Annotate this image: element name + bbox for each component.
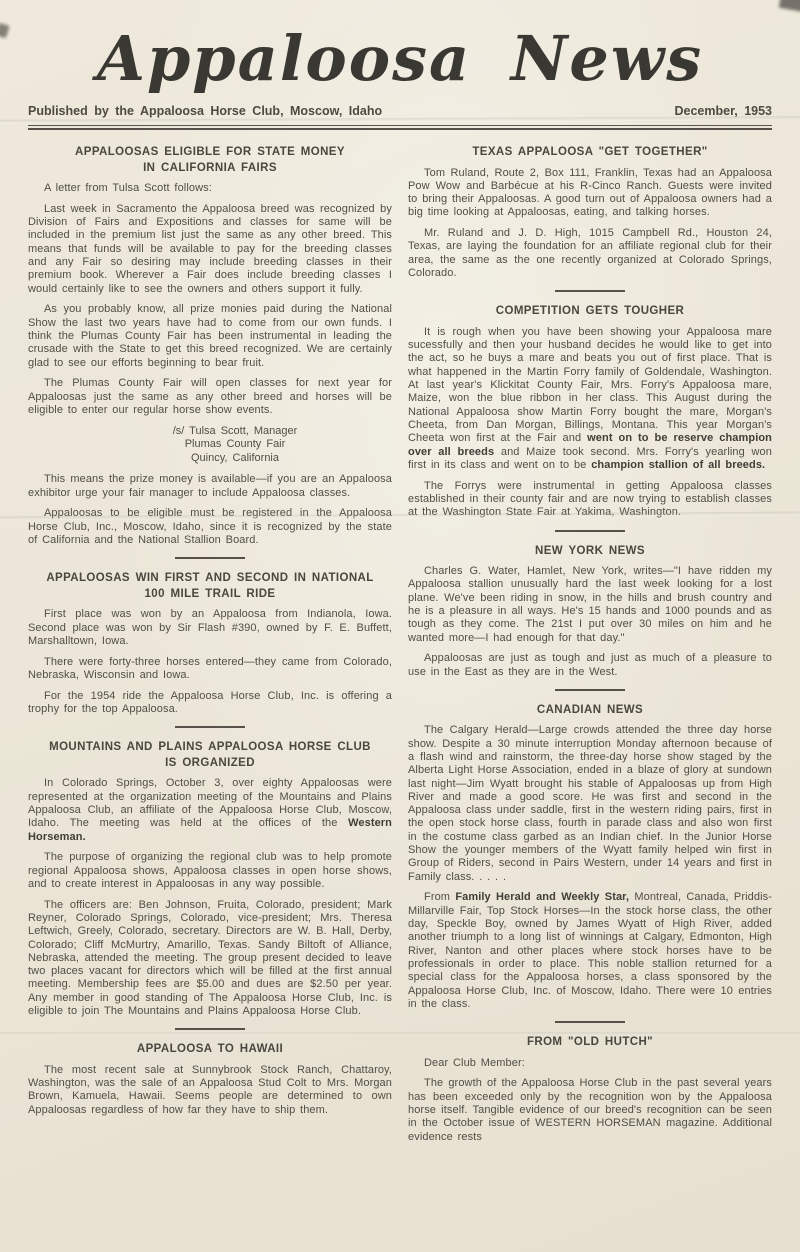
article-paragraph: Dear Club Member: <box>408 1057 772 1070</box>
masthead-title: Appaloosa News <box>28 0 772 92</box>
body-text: From <box>424 891 455 903</box>
section-divider <box>175 557 245 559</box>
body-text: As you probably know, all prize monies p… <box>28 303 392 368</box>
article-paragraph: There were forty-three horses entered—th… <box>28 656 392 683</box>
body-text: Montreal, Canada, Priddis-Millarville Fa… <box>408 891 772 1009</box>
column-layout: APPALOOSAS ELIGIBLE FOR STATE MONEYIN CA… <box>28 138 772 1151</box>
body-text: The officers are: Ben Johnson, Fruita, C… <box>28 899 392 1017</box>
right-column: TEXAS APPALOOSA "GET TOGETHER"Tom Ruland… <box>408 138 772 1151</box>
left-column: APPALOOSAS ELIGIBLE FOR STATE MONEYIN CA… <box>28 138 392 1151</box>
article-paragraph: Appaloosas to be eligible must be regist… <box>28 507 392 547</box>
body-text: The most recent sale at Sunnybrook Stock… <box>28 1064 392 1116</box>
section-divider <box>555 1021 625 1023</box>
article-from-old-hutch: FROM "OLD HUTCH"Dear Club Member:The gro… <box>408 1035 772 1144</box>
article-new-york-news: NEW YORK NEWSCharles G. Water, Hamlet, N… <box>408 544 772 679</box>
emphasized-text: Family Herald and Weekly Star, <box>455 891 629 903</box>
body-text: In Colorado Springs, October 3, over eig… <box>28 777 392 829</box>
section-divider <box>555 689 625 691</box>
article-heading-texas-get-together: TEXAS APPALOOSA "GET TOGETHER" <box>408 145 772 161</box>
article-heading-trail-ride: APPALOOSAS WIN FIRST AND SECOND IN NATIO… <box>28 571 392 602</box>
article-paragraph: The officers are: Ben Johnson, Fruita, C… <box>28 899 392 1019</box>
article-paragraph: In Colorado Springs, October 3, over eig… <box>28 777 392 843</box>
article-paragraph: From Family Herald and Weekly Star, Mont… <box>408 891 772 1011</box>
article-heading-new-york-news: NEW YORK NEWS <box>408 544 772 560</box>
article-paragraph: The Plumas County Fair will open classes… <box>28 377 392 417</box>
article-paragraph: This means the prize money is available—… <box>28 473 392 500</box>
article-paragraph: The Forrys were instrumental in getting … <box>408 480 772 520</box>
body-text: Dear Club Member: <box>424 1057 525 1069</box>
article-mountains-and-plains: MOUNTAINS AND PLAINS APPALOOSA HORSE CLU… <box>28 740 392 1018</box>
article-california-fairs: APPALOOSAS ELIGIBLE FOR STATE MONEYIN CA… <box>28 145 392 547</box>
article-paragraph: Charles G. Water, Hamlet, New York, writ… <box>408 565 772 645</box>
article-paragraph: Last week in Sacramento the Appaloosa br… <box>28 203 392 296</box>
masthead-rule <box>28 125 772 130</box>
body-text: The Plumas County Fair will open classes… <box>28 377 392 416</box>
article-paragraph: For the 1954 ride the Appaloosa Horse Cl… <box>28 690 392 717</box>
body-text: It is rough when you have been showing y… <box>408 326 772 444</box>
body-text: Last week in Sacramento the Appaloosa br… <box>28 203 392 295</box>
article-paragraph: A letter from Tulsa Scott follows: <box>28 182 392 195</box>
newsletter-page: Appaloosa News Published by the Appaloos… <box>0 0 800 1252</box>
body-text: The growth of the Appaloosa Horse Club i… <box>408 1077 772 1142</box>
body-text: Appaloosas to be eligible must be regist… <box>28 507 392 546</box>
article-paragraph: First place was won by an Appaloosa from… <box>28 608 392 648</box>
body-text: The Calgary Herald—Large crowds attended… <box>408 724 772 882</box>
body-text: Mr. Ruland and J. D. High, 1015 Campbell… <box>408 227 772 279</box>
article-paragraph: Appaloosas are just as tough and just as… <box>408 652 772 679</box>
article-heading-mountains-and-plains: MOUNTAINS AND PLAINS APPALOOSA HORSE CLU… <box>28 740 392 771</box>
article-trail-ride: APPALOOSAS WIN FIRST AND SECOND IN NATIO… <box>28 571 392 716</box>
section-divider <box>175 1028 245 1030</box>
body-text: The Forrys were instrumental in getting … <box>408 480 772 519</box>
section-divider <box>555 530 625 532</box>
article-heading-from-old-hutch: FROM "OLD HUTCH" <box>408 1035 772 1051</box>
body-text: The purpose of organizing the regional c… <box>28 851 392 890</box>
body-text: This means the prize money is available—… <box>28 473 392 498</box>
article-paragraph: As you probably know, all prize monies p… <box>28 303 392 369</box>
issue-date: December, 1953 <box>674 104 772 118</box>
article-heading-california-fairs: APPALOOSAS ELIGIBLE FOR STATE MONEYIN CA… <box>28 145 392 176</box>
body-text: First place was won by an Appaloosa from… <box>28 608 392 647</box>
body-text: Appaloosas are just as tough and just as… <box>408 652 772 677</box>
body-text: Charles G. Water, Hamlet, New York, writ… <box>408 565 772 643</box>
article-heading-canadian-news: CANADIAN NEWS <box>408 703 772 719</box>
article-competition-gets-tougher: COMPETITION GETS TOUGHERIt is rough when… <box>408 304 772 519</box>
body-text: There were forty-three horses entered—th… <box>28 656 392 681</box>
section-divider <box>175 726 245 728</box>
section-divider <box>555 290 625 292</box>
article-paragraph: The growth of the Appaloosa Horse Club i… <box>408 1077 772 1143</box>
article-paragraph: Tom Ruland, Route 2, Box 111, Franklin, … <box>408 167 772 220</box>
article-heading-appaloosa-to-hawaii: APPALOOSA TO HAWAII <box>28 1042 392 1058</box>
article-appaloosa-to-hawaii: APPALOOSA TO HAWAIIThe most recent sale … <box>28 1042 392 1117</box>
signature-block: /s/ Tulsa Scott, ManagerPlumas County Fa… <box>140 425 330 466</box>
publisher-line: Published by the Appaloosa Horse Club, M… <box>28 104 382 118</box>
masthead-subline: Published by the Appaloosa Horse Club, M… <box>28 104 772 118</box>
article-paragraph: The purpose of organizing the regional c… <box>28 851 392 891</box>
article-paragraph: It is rough when you have been showing y… <box>408 326 772 472</box>
emphasized-text: champion stallion of all breeds. <box>591 459 765 471</box>
article-paragraph: The Calgary Herald—Large crowds attended… <box>408 724 772 884</box>
article-paragraph: Mr. Ruland and J. D. High, 1015 Campbell… <box>408 227 772 280</box>
body-text: For the 1954 ride the Appaloosa Horse Cl… <box>28 690 392 715</box>
body-text: Tom Ruland, Route 2, Box 111, Franklin, … <box>408 167 772 219</box>
article-paragraph: The most recent sale at Sunnybrook Stock… <box>28 1064 392 1117</box>
article-texas-get-together: TEXAS APPALOOSA "GET TOGETHER"Tom Ruland… <box>408 145 772 280</box>
article-canadian-news: CANADIAN NEWSThe Calgary Herald—Large cr… <box>408 703 772 1011</box>
article-heading-competition-gets-tougher: COMPETITION GETS TOUGHER <box>408 304 772 320</box>
body-text: A letter from Tulsa Scott follows: <box>44 182 212 194</box>
